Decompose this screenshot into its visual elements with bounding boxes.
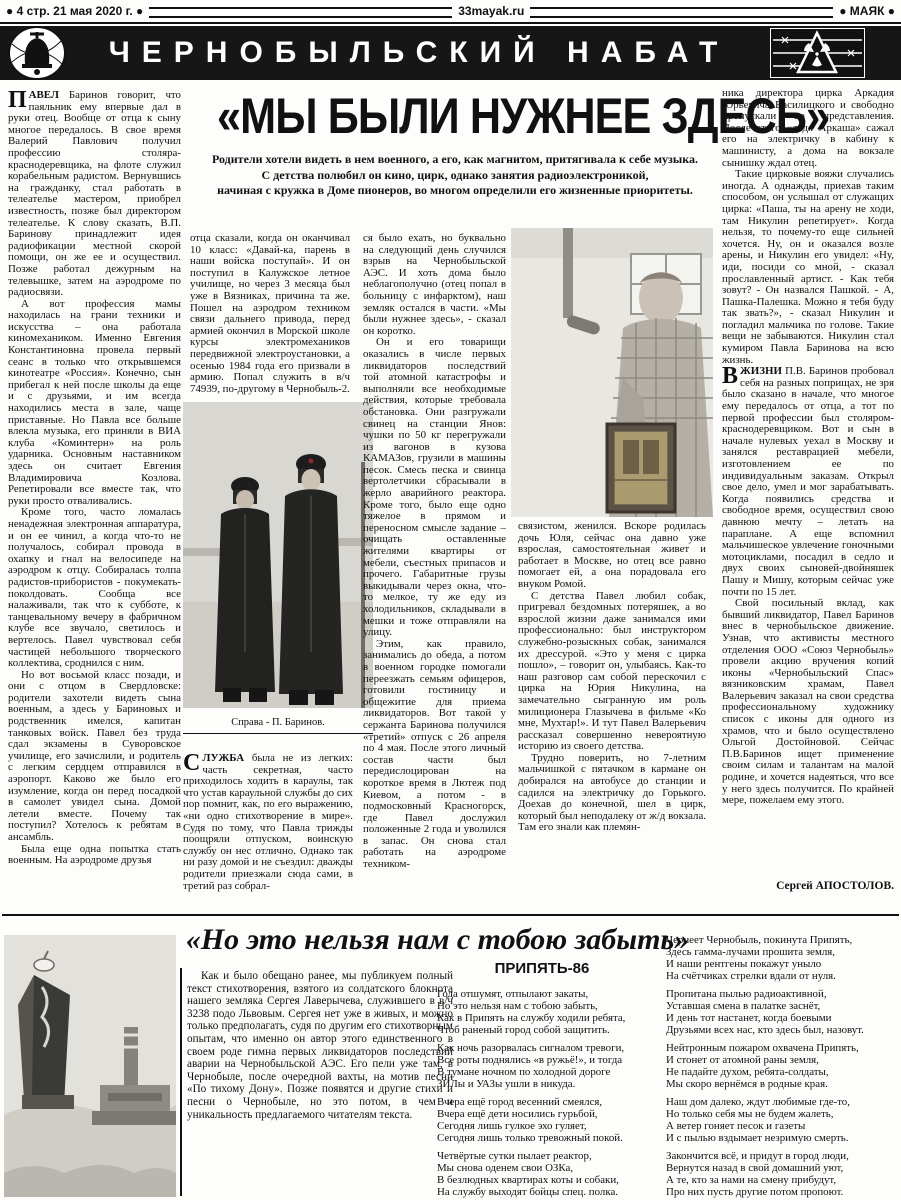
drop-cap: В bbox=[722, 366, 740, 387]
paragraph: Была еще одна попытка стать военным. На … bbox=[8, 844, 181, 867]
paragraph: Кроме того, часто ломалась ненадежная эл… bbox=[8, 507, 181, 669]
poem-column-right: Чернеет Чернобыль, покинута Припять, Зде… bbox=[666, 934, 898, 1200]
author-byline: Сергей АПОСТОЛОВ. bbox=[722, 880, 894, 892]
paragraph: Свой посильный вклад, как бывший ликвида… bbox=[722, 598, 894, 807]
column-sluzhba: СЛУЖБА была не из легких: часть секретна… bbox=[183, 753, 353, 913]
rule-right bbox=[530, 7, 833, 18]
bottom-intro: Как и было обещано ранее, мы публикуем п… bbox=[187, 970, 453, 1196]
column-right: ника директора цирка Аркадия Юрьевича Ва… bbox=[722, 88, 894, 874]
column-1: отца сказали, когда он оканчивал 10 клас… bbox=[190, 233, 350, 401]
paragraph: Он и его товарищи оказались в числе перв… bbox=[363, 337, 506, 638]
paragraph: ПАВЕЛ Баринов говорит, что паяльник ему … bbox=[8, 90, 181, 299]
paragraph: Как и было обещано ранее, мы публикуем п… bbox=[187, 970, 453, 1121]
article-lede: Родители хотели видеть в нем военного, а… bbox=[183, 152, 727, 199]
photo-soldiers: Справа - П. Баринов. bbox=[183, 402, 373, 734]
paragraph: Но вот восьмой класс позади, и они с отц… bbox=[8, 670, 181, 844]
rule-left bbox=[149, 7, 452, 18]
column-2: ся было ехать, но буквально на следующий… bbox=[363, 233, 506, 945]
radiation-icon bbox=[770, 28, 865, 78]
icon-frame bbox=[607, 424, 675, 512]
paragraph: Этим, как правило, занимались до обеда, … bbox=[363, 639, 506, 871]
paragraph: С детства Павел любил собак, пригревал б… bbox=[518, 591, 706, 753]
paragraph: А вот профессия мамы находилась на грани… bbox=[8, 299, 181, 508]
column-rule bbox=[180, 968, 182, 1196]
drop-cap: П bbox=[8, 90, 29, 111]
man-photo-image bbox=[511, 228, 713, 517]
newspaper-page: ● 4 стр. 21 мая 2020 г. ● 33mayak.ru ● М… bbox=[0, 0, 901, 1200]
poem-stanza: Года отшумят, отпылают закаты, Но это не… bbox=[437, 988, 652, 1036]
poem-column-center: Года отшумят, отпылают закаты, Но это не… bbox=[437, 988, 652, 1200]
paragraph: ВЖИЗНИ П.В. Баринов пробовал себя на раз… bbox=[722, 366, 894, 598]
photo-monument bbox=[4, 935, 176, 1197]
lede-line: начиная с кружка в Доме пионеров, во мно… bbox=[183, 183, 727, 199]
paragraph: СЛУЖБА была не из легких: часть секретна… bbox=[183, 753, 353, 892]
poem-stanza: Наш дом далеко, ждут любимые где-то, Но … bbox=[666, 1096, 898, 1144]
paragraph: Трудно поверить, но 7-летним мальчишкой … bbox=[518, 753, 706, 834]
paragraph: ника директора цирка Аркадия Юрьевича Ва… bbox=[722, 88, 894, 169]
lede-line: Родители хотели видеть в нем военного, а… bbox=[183, 152, 727, 168]
topbar: ● 4 стр. 21 мая 2020 г. ● 33mayak.ru ● М… bbox=[0, 0, 901, 21]
photo-caption: Справа - П. Баринов. bbox=[183, 713, 373, 733]
section-divider bbox=[2, 914, 899, 916]
soldiers-photo-image bbox=[183, 402, 373, 708]
page-date: ● 4 стр. 21 мая 2020 г. ● bbox=[0, 4, 149, 18]
bottom-headline: «Но это нельзя нам с тобою забыть» bbox=[185, 922, 690, 958]
paragraph: связистом, женился. Вскоре родилась дочь… bbox=[518, 521, 706, 591]
column-3: связистом, женился. Вскоре родилась дочь… bbox=[518, 521, 706, 945]
poem-stanza: Как ночь разорвалась сигналом тревоги, В… bbox=[437, 1042, 652, 1090]
brand-name: ● МАЯК ● bbox=[833, 4, 901, 18]
lead-word: АВЕЛ bbox=[29, 90, 59, 101]
paragraph: отца сказали, когда он оканчивал 10 клас… bbox=[190, 233, 350, 395]
site-url: 33mayak.ru bbox=[452, 4, 530, 18]
lead-word: ЛУЖБА bbox=[202, 753, 244, 764]
poem-stanza: Закончится всё, и придут в город люди, В… bbox=[666, 1150, 898, 1198]
section-banner: ЧЕРНОБЫЛЬСКИЙ НАБАТ bbox=[0, 26, 901, 80]
poem-stanza: Пропитана пылью радиоактивной, Уставшая … bbox=[666, 988, 898, 1036]
lede-line: С детства полюбил он кино, цирк, однако … bbox=[183, 168, 727, 184]
paragraph: Такие цирковые вояжи случались иногда. А… bbox=[722, 169, 894, 366]
poem-stanza: Чернеет Чернобыль, покинута Припять, Зде… bbox=[666, 934, 898, 982]
drop-cap: С bbox=[183, 753, 202, 774]
article-headline: «МЫ БЫЛИ НУЖНЕЕ ЗДЕСЬ» bbox=[183, 90, 711, 146]
poem-stanza: Нейтронным пожаром охвачена Припять, И с… bbox=[666, 1042, 898, 1090]
poem-stanza: Четвёртые сутки пылает реактор, Мы снова… bbox=[437, 1150, 652, 1198]
banner-title: ЧЕРНОБЫЛЬСКИЙ НАБАТ bbox=[68, 36, 770, 70]
lead-word: ЖИЗНИ bbox=[740, 365, 782, 377]
paragraph: ся было ехать, но буквально на следующий… bbox=[363, 233, 506, 337]
divider bbox=[0, 22, 901, 24]
column-left: ПАВЕЛ Баринов говорит, что паяльник ему … bbox=[8, 90, 181, 933]
photo-man-with-icon bbox=[511, 228, 713, 517]
poem-title: ПРИПЯТЬ-86 bbox=[437, 960, 647, 977]
bell-emblem-icon bbox=[6, 26, 68, 80]
monument-photo-image bbox=[4, 935, 176, 1197]
poem-stanza: Вчера ещё город весенний смеялся, Вчера … bbox=[437, 1096, 652, 1144]
